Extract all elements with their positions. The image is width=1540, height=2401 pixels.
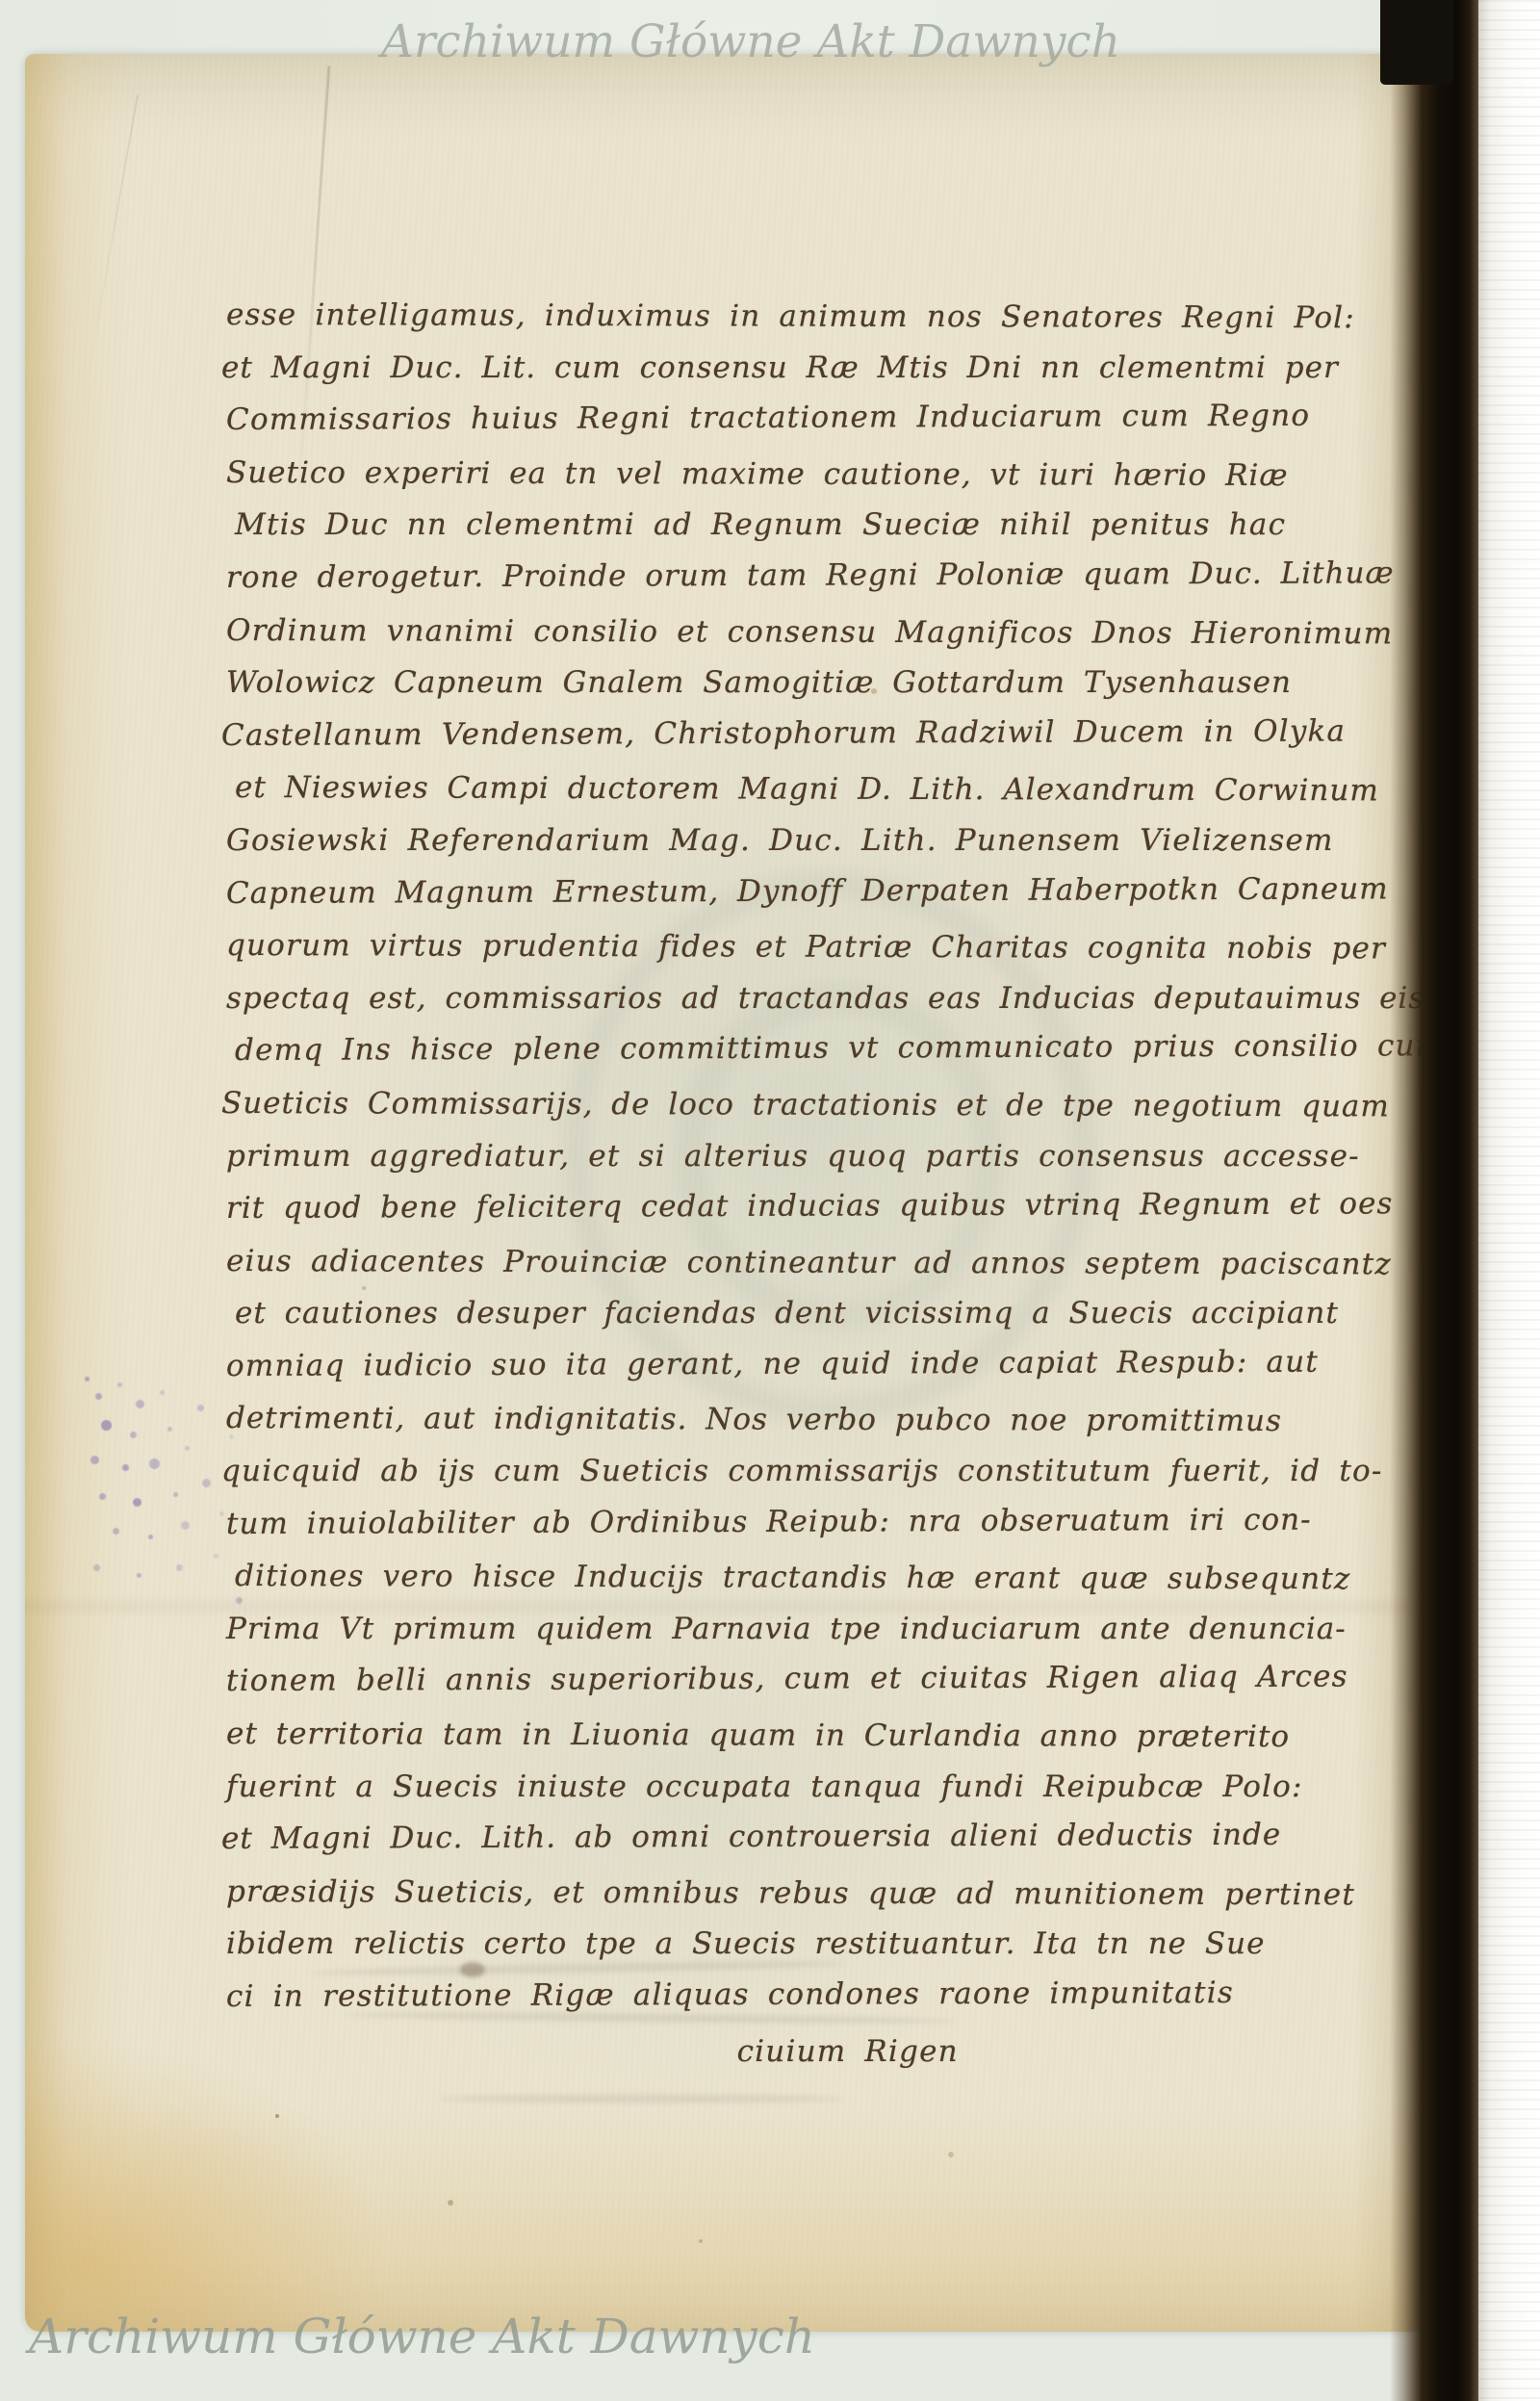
manuscript-line: et territoria tam in Liuonia quam in Cur…: [226, 1708, 1387, 1764]
manuscript-line: Sueticis Commissarijs, de loco tractatio…: [221, 1077, 1387, 1133]
manuscript-line: eius adiacentes Prouinciæ contineantur a…: [226, 1235, 1387, 1291]
manuscript-line: quorum virtus prudentia fides et Patriæ …: [226, 919, 1387, 975]
manuscript-line: detrimenti, aut indignitatis. Nos verbo …: [226, 1392, 1387, 1448]
manuscript-line: primum aggrediatur, et si alterius quoq …: [226, 1130, 1387, 1183]
purple-ink-stamp: [85, 1377, 90, 1381]
manuscript-line: tionem belli annis superioribus, cum et …: [226, 1651, 1387, 1708]
manuscript-line: Wolowicz Capneum Gnalem Samogitiæ Gottar…: [226, 657, 1387, 710]
manuscript-line: rone derogetur. Proinde orum tam Regni P…: [226, 547, 1387, 604]
manuscript-line: Suetico experiri ea tn vel maxime cautio…: [226, 447, 1387, 503]
manuscript-line: quicquid ab ijs cum Sueticis commissarij…: [221, 1445, 1387, 1498]
manuscript-line: spectaq est, commissarios ad tractandas …: [226, 972, 1387, 1025]
binding-tab: [1380, 0, 1453, 85]
manuscript-line: et Nieswies Campi ductorem Magni D. Lith…: [235, 762, 1387, 817]
paper-crease: [87, 94, 139, 379]
manuscript-line: ibidem relictis certo tpe a Suecis resti…: [226, 1918, 1387, 1971]
manuscript-line: ci in restitutione Rigæ aliquas condones…: [226, 1966, 1387, 2023]
facing-page-edge: [1478, 0, 1540, 2401]
manuscript-line: et Magni Duc. Lit. cum consensu Ræ Mtis …: [221, 342, 1387, 395]
book-gutter-strip: [1390, 0, 1478, 2401]
manuscript-line: Commissarios huius Regni tractationem In…: [226, 390, 1387, 447]
manuscript-line: esse intelligamus, induximus in animum n…: [226, 289, 1387, 345]
manuscript-line: et cautiones desuper faciendas dent vici…: [235, 1287, 1387, 1340]
verso-text-showthrough: [439, 2095, 843, 2103]
manuscript-line: demq Ins hisce plene committimus vt comm…: [235, 1020, 1387, 1077]
manuscript-line: et Magni Duc. Lith. ab omni controuersia…: [221, 1809, 1387, 1866]
manuscript-line: Prima Vt primum quidem Parnavia tpe indu…: [226, 1603, 1387, 1656]
manuscript-page: esse intelligamus, induximus in animum n…: [25, 54, 1423, 2332]
manuscript-line: præsidijs Sueticis, et omnibus rebus quæ…: [226, 1866, 1387, 1922]
manuscript-line: Castellanum Vendensem, Christophorum Rad…: [221, 705, 1387, 762]
manuscript-line: ditiones vero hisce Inducijs tractandis …: [235, 1550, 1387, 1606]
manuscript-line: fuerint a Suecis iniuste occupata tanqua…: [226, 1761, 1387, 1814]
manuscript-line: Capneum Magnum Ernestum, Dynoff Derpaten…: [226, 863, 1387, 919]
manuscript-line: rit quod bene feliciterq cedat inducias …: [226, 1177, 1387, 1234]
catchword: ciuium Rigen: [737, 2026, 1387, 2078]
text-block: esse intelligamus, induximus in animum n…: [226, 289, 1387, 2078]
manuscript-line: omniaq iudicio suo ita gerant, ne quid i…: [226, 1335, 1387, 1392]
manuscript-line: Gosiewski Referendarium Mag. Duc. Lith. …: [226, 814, 1387, 867]
manuscript-line: tum inuiolabiliter ab Ordinibus Reipub: …: [226, 1493, 1387, 1550]
manuscript-line: Ordinum vnanimi consilio et consensu Mag…: [226, 605, 1387, 660]
foxing-specks: [275, 2114, 279, 2118]
manuscript-line: Mtis Duc nn clementmi ad Regnum Sueciæ n…: [235, 499, 1387, 552]
